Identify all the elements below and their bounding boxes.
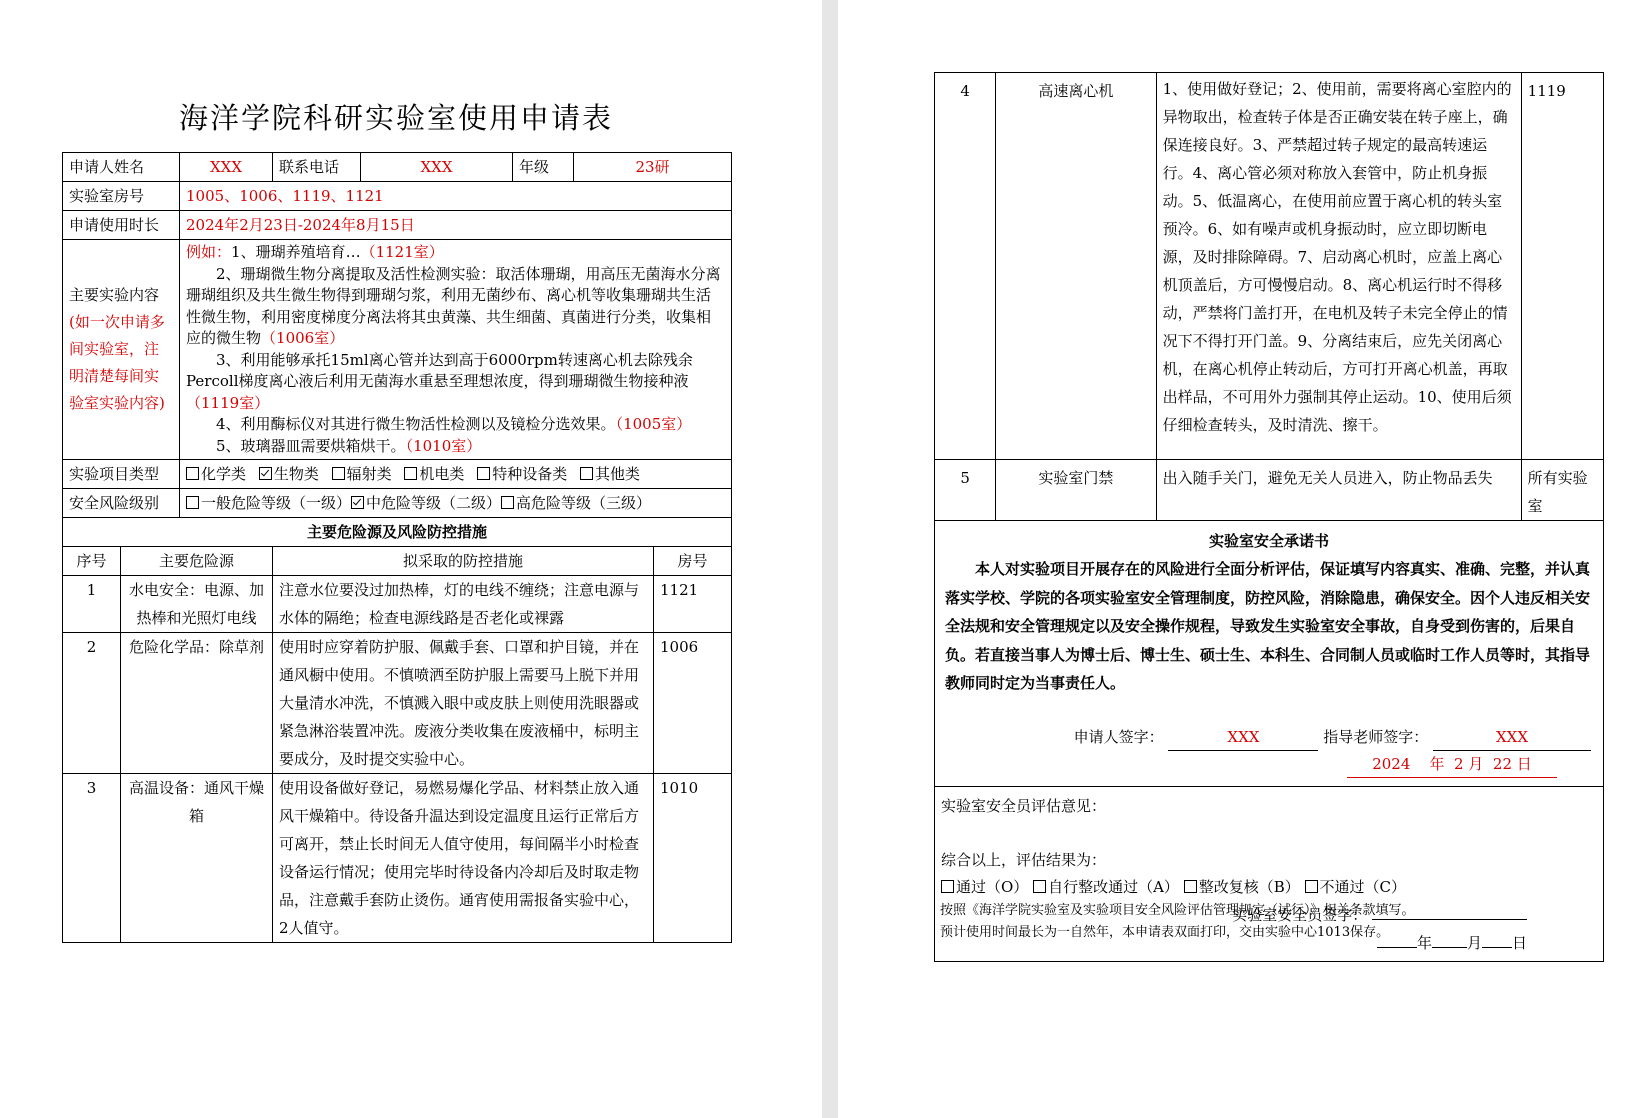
- hazard-source[interactable]: 高温设备：通风干燥箱: [121, 774, 273, 943]
- sign-date-year-unit: 年: [1429, 755, 1444, 773]
- content-item-1-room: （1121室）: [361, 243, 444, 261]
- option-fail: 不通过（C）: [1320, 878, 1406, 896]
- checkbox-biology[interactable]: [259, 467, 272, 480]
- option-radiation: 辐射类: [347, 465, 392, 483]
- evaluation-result-label: 综合以上，评估结果为：: [941, 847, 1597, 874]
- checkbox-chemistry[interactable]: [186, 467, 199, 480]
- grade-label: 年级: [513, 153, 574, 182]
- hazard-row-2: 2 危险化学品：除草剂 使用时应穿着防护服、佩戴手套、口罩和护目镜，并在通风橱中…: [63, 633, 732, 774]
- option-risk-level-1: 一般危险等级（一级）: [201, 494, 351, 512]
- hazard-source[interactable]: 危险化学品：除草剂: [121, 633, 273, 774]
- option-electromechanical: 机电类: [419, 465, 464, 483]
- checkbox-risk-level-1[interactable]: [186, 496, 199, 509]
- phone-label: 联系电话: [273, 153, 361, 182]
- content-note: (如一次申请多间实验室，注明清楚每间实验室实验内容): [69, 309, 173, 417]
- eval-month-unit: 月: [1467, 934, 1482, 952]
- hazard-source[interactable]: 高速离心机: [996, 73, 1156, 460]
- sign-date[interactable]: 2024 年 2 月 22 日: [1347, 751, 1557, 778]
- hazard-row-4: 4 高速离心机 1、使用做好登记；2、使用前，需要将离心室腔内的异物取出，检查转…: [935, 73, 1604, 460]
- content-value[interactable]: 例如：1、珊瑚养殖培育…（1121室） 2、珊瑚微生物分离提取及活性检测实验：取…: [180, 240, 732, 460]
- header-room: 房号: [654, 547, 732, 576]
- option-chemistry: 化学类: [201, 465, 246, 483]
- content-item-1: 1、珊瑚养殖培育…: [231, 243, 361, 261]
- header-measures: 拟采取的防控措施: [273, 547, 654, 576]
- checkbox-risk-level-3[interactable]: [501, 496, 514, 509]
- hazard-measures[interactable]: 注意水位要没过加热棒，灯的电线不缠绕；注意电源与水体的隔绝；检查电源线路是否老化…: [273, 576, 654, 633]
- evaluation-opinion-label: 实验室安全员评估意见：: [941, 793, 1597, 820]
- eval-day-field[interactable]: [1482, 929, 1512, 948]
- hazard-room[interactable]: 1119: [1521, 73, 1603, 460]
- eval-year-unit: 年: [1417, 934, 1432, 952]
- content-item-4: 4、利用酶标仪对其进行微生物活性检测以及镜检分选效果。: [216, 415, 616, 433]
- option-special-equipment: 特种设备类: [492, 465, 567, 483]
- content-item-5-room: （1010室）: [406, 437, 482, 455]
- option-rectify-review: 整改复核（B）: [1199, 878, 1300, 896]
- option-pass: 通过（O）: [956, 878, 1028, 896]
- checkbox-special-equipment[interactable]: [477, 467, 490, 480]
- hazard-no: 5: [935, 460, 996, 521]
- applicant-name-value[interactable]: XXX: [180, 153, 273, 182]
- option-other: 其他类: [595, 465, 640, 483]
- advisor-sign-label: 指导老师签字：: [1323, 728, 1428, 746]
- continuation-table: 4 高速离心机 1、使用做好登记；2、使用前，需要将离心室腔内的异物取出，检查转…: [934, 72, 1604, 962]
- eval-day-unit: 日: [1512, 934, 1527, 952]
- checkbox-risk-level-2[interactable]: [351, 496, 364, 509]
- promise-cell: 实验室安全承诺书 本人对实验项目开展存在的风险进行全面分析评估，保证填写内容真实…: [935, 521, 1604, 787]
- hazard-row-3: 3 高温设备：通风干燥箱 使用设备做好登记，易燃易爆化学品、材料禁止放入通风干燥…: [63, 774, 732, 943]
- hazard-room[interactable]: 所有实验室: [1521, 460, 1603, 521]
- hazard-source[interactable]: 水电安全：电源、加热棒和光照灯电线: [121, 576, 273, 633]
- evaluation-options: 通过（O） 自行整改通过（A） 整改复核（B） 不通过（C）: [941, 874, 1597, 901]
- footnote-2: 预计使用时间最长为一自然年，本申请表双面打印，交由实验中心1013保存。: [940, 922, 1415, 944]
- option-risk-level-2: 中危险等级（二级）: [366, 494, 501, 512]
- hazard-room[interactable]: 1010: [654, 774, 732, 943]
- hazard-no: 2: [63, 633, 121, 774]
- grade-value[interactable]: 23研: [574, 153, 732, 182]
- content-item-2-room: （1006室）: [261, 329, 344, 347]
- example-prefix: 例如：: [186, 243, 231, 261]
- hazard-no: 1: [63, 576, 121, 633]
- phone-value[interactable]: XXX: [361, 153, 513, 182]
- hazard-room[interactable]: 1121: [654, 576, 732, 633]
- sign-date-day-unit: 日: [1517, 755, 1532, 773]
- content-label-cell: 主要实验内容 (如一次申请多间实验室，注明清楚每间实验室实验内容): [63, 240, 180, 460]
- risk-level-options: 一般危险等级（一级）中危险等级（二级）高危险等级（三级）: [180, 489, 732, 518]
- content-item-3-room: （1119室）: [186, 394, 269, 412]
- content-item-5: 5、玻璃器皿需要烘箱烘干。: [216, 437, 406, 455]
- checkbox-electromechanical[interactable]: [404, 467, 417, 480]
- hazard-measures[interactable]: 使用设备做好登记，易燃易爆化学品、材料禁止放入通风干燥箱中。待设备升温达到设定温…: [273, 774, 654, 943]
- checkbox-pass[interactable]: [941, 880, 954, 893]
- applicant-name-label: 申请人姓名: [63, 153, 180, 182]
- content-item-4-room: （1005室）: [616, 415, 692, 433]
- room-label: 实验室房号: [63, 182, 180, 211]
- checkbox-other[interactable]: [580, 467, 593, 480]
- application-table: 申请人姓名 XXX 联系电话 XXX 年级 23研 实验室房号 1005、100…: [62, 152, 732, 943]
- eval-month-field[interactable]: [1432, 929, 1467, 948]
- promise-section: 实验室安全承诺书 本人对实验项目开展存在的风险进行全面分析评估，保证填写内容真实…: [935, 521, 1604, 787]
- footnote-1: 按照《海洋学院实验室及实验项目安全风险评估管理规定（试行）》相关条款填写。: [940, 900, 1415, 922]
- sign-date-month: 2: [1454, 755, 1464, 773]
- advisor-sign-value[interactable]: XXX: [1496, 728, 1528, 746]
- project-type-label: 实验项目类型: [63, 460, 180, 489]
- header-no: 序号: [63, 547, 121, 576]
- applicant-sign-value[interactable]: XXX: [1227, 728, 1259, 746]
- sign-date-day: 22: [1493, 755, 1512, 773]
- hazard-no: 4: [935, 73, 996, 460]
- checkbox-rectify-review[interactable]: [1184, 880, 1197, 893]
- project-type-options: 化学类 生物类 辐射类 机电类 特种设备类 其他类: [180, 460, 732, 489]
- option-biology: 生物类: [274, 465, 319, 483]
- rooms-value[interactable]: 1005、1006、1119、1121: [180, 182, 732, 211]
- page-left: 海洋学院科研实验室使用申请表 申请人姓名 XXX 联系电话 XXX 年级 23研…: [0, 0, 822, 1118]
- sign-date-year: 2024: [1372, 755, 1410, 773]
- duration-label: 申请使用时长: [63, 211, 180, 240]
- hazard-no: 3: [63, 774, 121, 943]
- hazard-measures[interactable]: 使用时应穿着防护服、佩戴手套、口罩和护目镜，并在通风橱中使用。不慎喷洒至防护服上…: [273, 633, 654, 774]
- checkbox-self-rectify[interactable]: [1033, 880, 1046, 893]
- option-risk-level-3: 高危险等级（三级）: [516, 494, 651, 512]
- sign-date-month-unit: 月: [1468, 755, 1483, 773]
- promise-title: 实验室安全承诺书: [941, 527, 1597, 555]
- footnotes: 按照《海洋学院实验室及实验项目安全风险评估管理规定（试行）》相关条款填写。 预计…: [940, 900, 1415, 944]
- risk-level-label: 安全风险级别: [63, 489, 180, 518]
- hazard-measures[interactable]: 出入随手关门，避免无关人员进入，防止物品丢失: [1156, 460, 1521, 521]
- hazard-section-title: 主要危险源及风险防控措施: [63, 518, 732, 547]
- duration-value[interactable]: 2024年2月23日-2024年8月15日: [180, 211, 732, 240]
- hazard-source[interactable]: 实验室门禁: [996, 460, 1156, 521]
- form-title: 海洋学院科研实验室使用申请表: [60, 96, 732, 137]
- content-label: 主要实验内容: [69, 282, 173, 309]
- header-source: 主要危险源: [121, 547, 273, 576]
- page-gutter: [822, 0, 838, 1118]
- hazard-row-5: 5 实验室门禁 出入随手关门，避免无关人员进入，防止物品丢失 所有实验室: [935, 460, 1604, 521]
- evaluation-opinion-field[interactable]: [941, 820, 1597, 847]
- option-self-rectify: 自行整改通过（A）: [1048, 878, 1179, 896]
- promise-body: 本人对实验项目开展存在的风险进行全面分析评估，保证填写内容真实、准确、完整，并认…: [941, 555, 1597, 698]
- content-item-3: 3、利用能够承托15ml离心管并达到高于6000rpm转速离心机去除残余Perc…: [186, 351, 693, 391]
- checkbox-fail[interactable]: [1305, 880, 1318, 893]
- checkbox-radiation[interactable]: [332, 467, 345, 480]
- applicant-sign-label: 申请人签字：: [1074, 728, 1164, 746]
- hazard-room[interactable]: 1006: [654, 633, 732, 774]
- hazard-row-1: 1 水电安全：电源、加热棒和光照灯电线 注意水位要没过加热棒，灯的电线不缠绕；注…: [63, 576, 732, 633]
- hazard-measures[interactable]: 1、使用做好登记；2、使用前，需要将离心室腔内的异物取出，检查转子体是否正确安装…: [1156, 73, 1521, 460]
